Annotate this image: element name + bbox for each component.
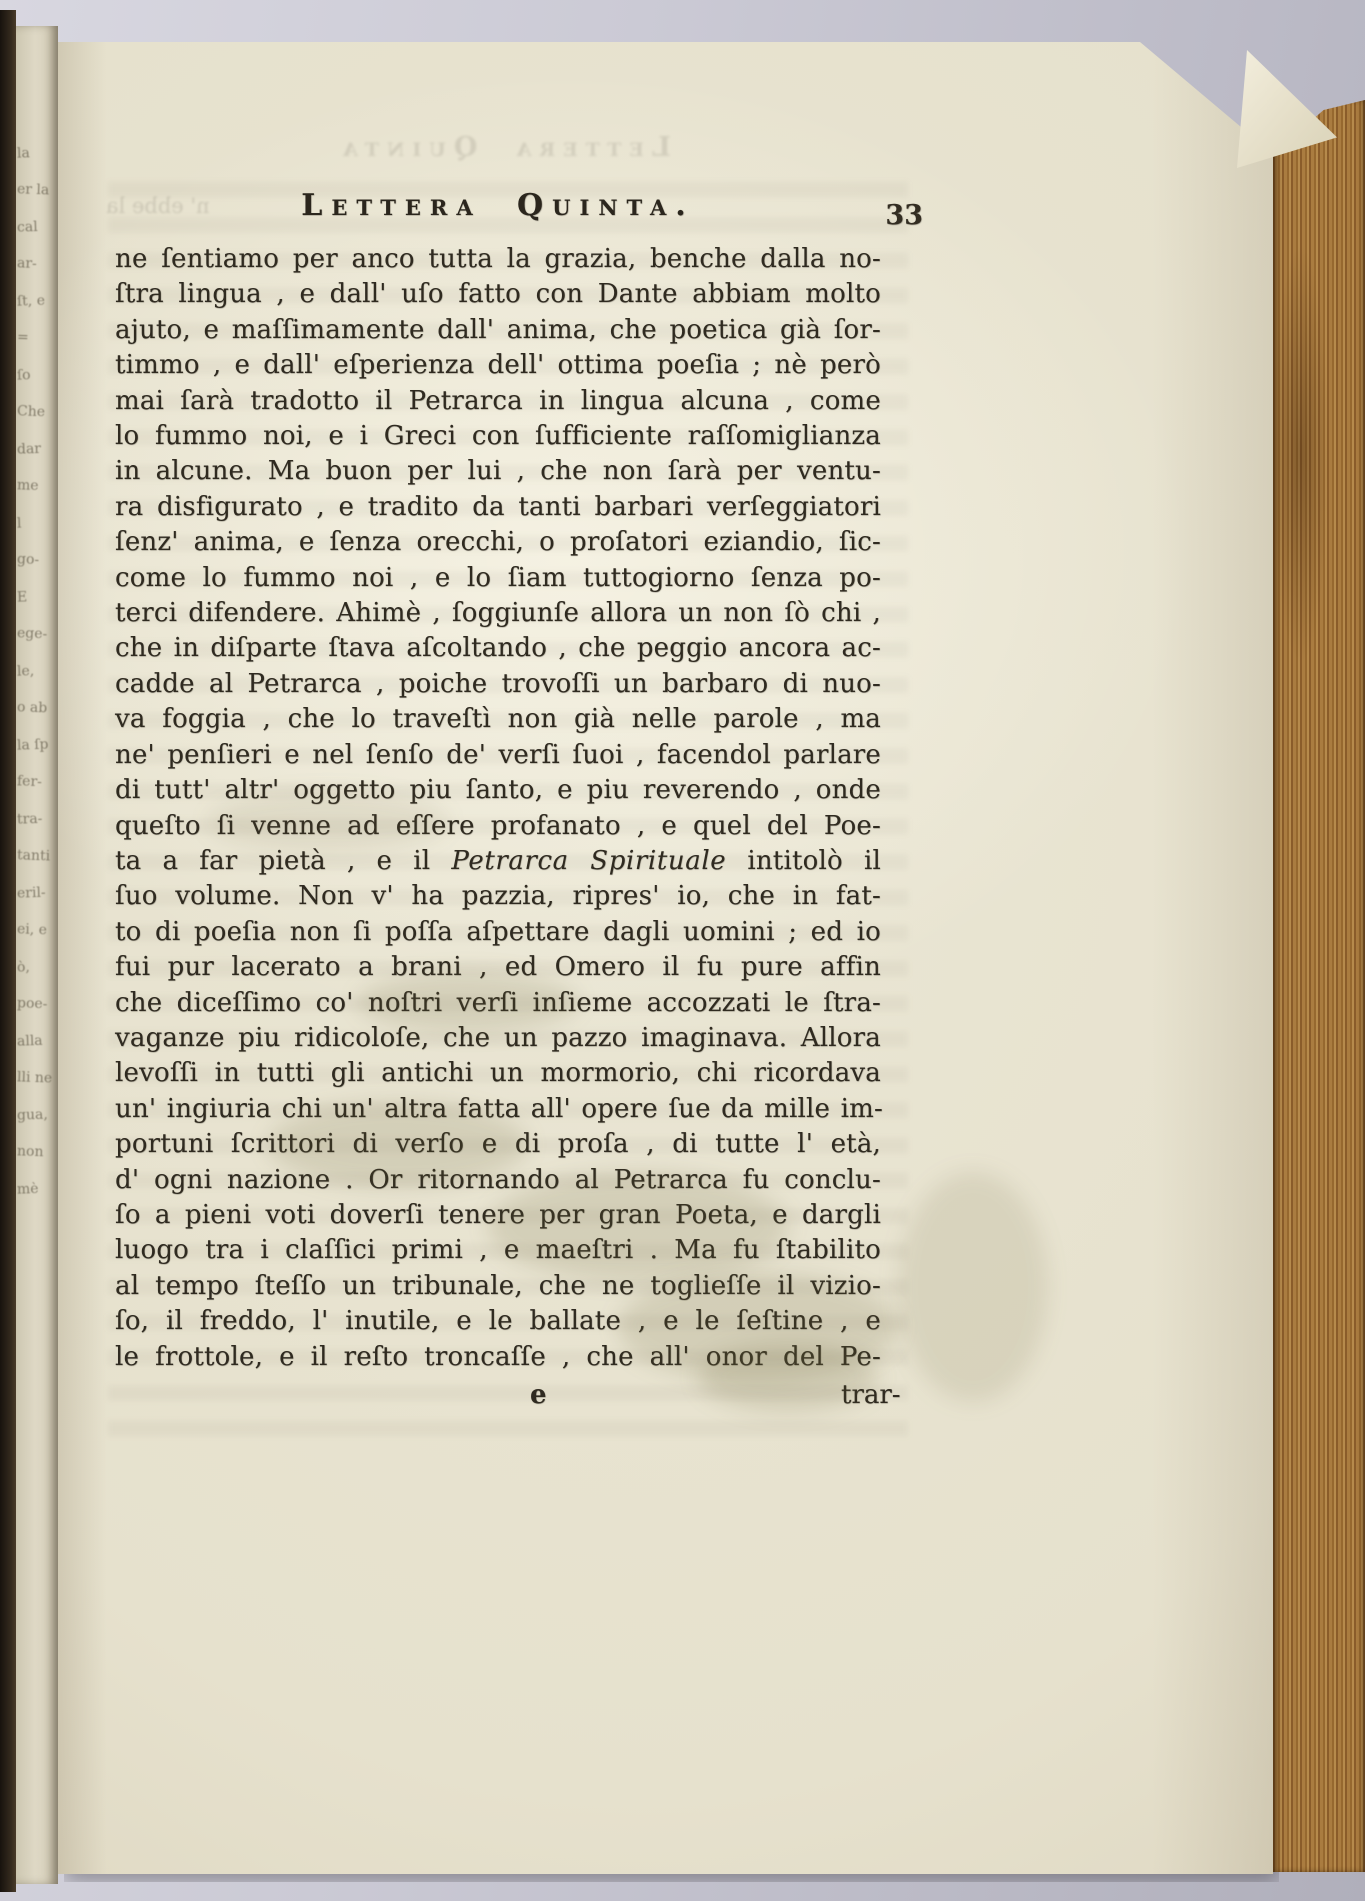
body-line: ta a far pietà , e il Petrarca Spiritual… [115,844,881,879]
chapter-title: Lettera Quinta. [115,188,881,223]
body-line: to di poeſia non ſi poſſa aſpettare dagl… [115,915,881,950]
body-line: ne ſentiamo per anco tutta la grazia, be… [115,242,881,277]
body-segment: cadde al Petrarca , poiche trovoſſi un b… [115,669,881,699]
edge-text-fragment: eril- [17,885,57,901]
body-line: terci difendere. Ahimè , ſoggiunſe allor… [115,596,881,631]
edge-text-fragment: ſt, e [17,293,57,309]
body-segment: ne' penſieri e nel ſenſo de' verſi ſuoi … [115,740,881,770]
edge-text-fragment: = [17,330,57,346]
edge-text-fragment: o ab [17,700,57,716]
body-segment: terci difendere. Ahimè , ſoggiunſe allor… [115,598,881,628]
body-line: ajuto, e maſſimamente dall' anima, che p… [115,313,881,348]
body-line: ne' penſieri e nel ſenſo de' verſi ſuoi … [115,738,881,773]
body-segment: come lo fummo noi , e lo ſiam tuttogiorn… [115,563,881,593]
body-segment: intitolò il [726,846,881,876]
edge-text-fragment: poe- [17,996,57,1012]
edge-text-fragment: lli ne [17,1070,57,1086]
edge-text-fragment: gua, [17,1107,57,1123]
edge-text-fragment: non [17,1144,57,1160]
body-segment: timmo , e dall' eſperienza dell' ottima … [115,350,881,380]
body-line: di tutt' altr' oggetto piu ſanto, e piu … [115,773,881,808]
edge-text-fragment: la ſp [17,737,57,753]
grime-smudge [898,1172,1048,1402]
edge-text-fragment: mè [17,1181,57,1197]
grime-smudge [208,792,448,852]
edge-text-fragment: ò, [17,959,57,975]
edge-text-fragment: dar [17,441,57,457]
body-line: cadde al Petrarca , poiche trovoſſi un b… [115,667,881,702]
body-segment: ſenz' anima, e ſenza orecchi, o proſator… [115,527,881,557]
body-line: in alcune. Ma buon per lui , che non ſar… [115,454,881,489]
body-segment: di tutt' altr' oggetto piu ſanto, e piu … [115,775,881,805]
body-line: timmo , e dall' eſperienza dell' ottima … [115,348,881,383]
previous-page-edge: laer lacalar-ſt, e=ſoChedarmelgo-Eege-le… [16,26,58,1884]
body-line: levoſſi in tutti gli antichi un mormorio… [115,1056,881,1091]
body-segment: mai ſarà tradotto il Petrarca in lingua … [115,386,881,416]
body-segment: che in diſparte ſtava aſcoltando , che p… [115,633,881,663]
edge-text-fragment: alla [17,1033,57,1049]
edge-text-fragment: me [17,478,57,494]
edge-text-fragment: go- [17,552,57,568]
page-number: 33 [885,200,923,231]
body-line: ſenz' anima, e ſenza orecchi, o proſator… [115,525,881,560]
body-segment: ne ſentiamo per anco tutta la grazia, be… [115,244,881,274]
grime-smudge [358,972,578,1032]
edge-text-fragment: ege- [17,626,57,642]
fore-edge-page-block [1273,100,1365,1872]
edge-text-fragment: ſo [17,367,57,383]
body-line: come lo fummo noi , e lo ſiam tuttogiorn… [115,561,881,596]
grime-smudge [698,1342,878,1412]
signature-mark: e [530,1380,547,1410]
edge-text-fragment: Che [17,404,57,420]
body-segment: ra disfigurato , e tradito da tanti barb… [115,492,881,522]
body-segment: ajuto, e maſſimamente dall' anima, che p… [115,315,881,345]
body-segment: to di poeſia non ſi poſſa aſpettare dagl… [115,917,881,947]
body-line: mai ſarà tradotto il Petrarca in lingua … [115,384,881,419]
book-scan-photo: laer lacalar-ſt, e=ſoChedarmelgo-Eege-le… [0,0,1365,1901]
body-line: che in diſparte ſtava aſcoltando , che p… [115,631,881,666]
edge-text-fragment: tra- [17,811,57,827]
edge-text-fragment: er la [17,182,57,198]
body-line: ra disfigurato , e tradito da tanti barb… [115,490,881,525]
previous-page-text-fragments: laer lacalar-ſt, e=ſoChedarmelgo-Eege-le… [17,146,57,1197]
edge-text-fragment: la [17,145,57,161]
edge-text-fragment: fer- [17,774,57,790]
ghost-showthrough-header: Lettera Quinta [268,132,738,163]
body-line: va foggia , che lo traveſtì non già nell… [115,702,881,737]
edge-text-fragment: le, [17,663,57,679]
grime-smudge [488,1172,788,1282]
edge-text-fragment: ei, e [17,922,57,938]
body-line: ſuo volume. Non v' ha pazzia, ripres' io… [115,879,881,914]
edge-text-fragment: cal [17,219,57,235]
body-italic-segment: Petrarca Spirituale [451,846,726,876]
body-segment: in alcune. Ma buon per lui , che non ſar… [115,456,881,486]
edge-text-fragment: ar- [17,256,57,272]
edge-text-fragment: l [17,515,57,531]
body-segment: ta a far pietà , e il [115,846,451,876]
edge-text-fragment: E [17,589,57,605]
running-header: Lettera Quinta. 33 [115,188,881,232]
body-line: lo fummo noi, e i Greci con ſufficiente … [115,419,881,454]
body-line: ſtra lingua , e dall' uſo fatto con Dant… [115,277,881,312]
edge-text-fragment: tanti [17,848,57,864]
body-segment: va foggia , che lo traveſtì non già nell… [115,704,881,734]
body-segment: lo fummo noi, e i Greci con ſufficiente … [115,421,881,451]
body-segment: ſuo volume. Non v' ha pazzia, ripres' io… [115,881,881,911]
body-segment: ſtra lingua , e dall' uſo fatto con Dant… [115,279,881,309]
book-page: Lettera Quinta n' ebbe la Lettera Quinta… [58,42,1273,1874]
book-gutter-edge [0,10,16,1892]
body-segment: levoſſi in tutti gli antichi un mormorio… [115,1058,881,1088]
grime-smudge [268,1102,528,1187]
